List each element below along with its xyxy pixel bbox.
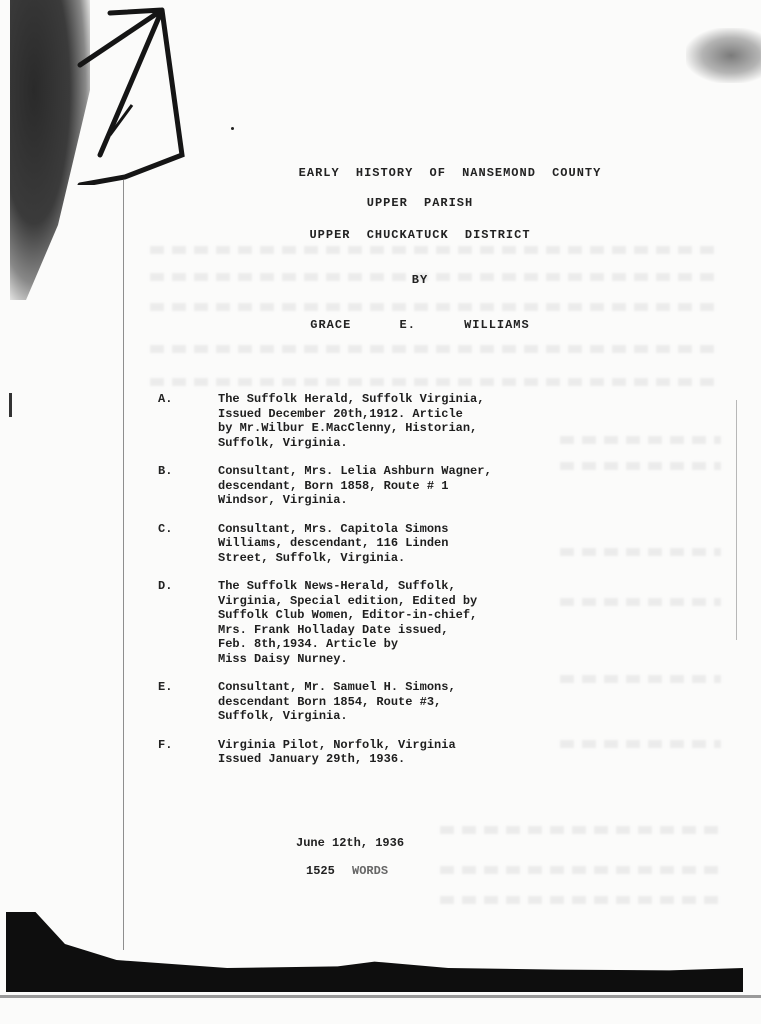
word-count: 1525 WORDS bbox=[306, 864, 388, 878]
bleed-through-line bbox=[440, 896, 721, 904]
bleed-through-line bbox=[560, 675, 721, 683]
bleed-through-line bbox=[150, 303, 721, 311]
title-parish: UPPER PARISH bbox=[150, 196, 690, 210]
bleed-through-line bbox=[560, 462, 721, 470]
page-edge bbox=[0, 995, 761, 998]
bleed-through-line bbox=[440, 866, 721, 874]
bleed-through-line bbox=[150, 246, 721, 254]
reference-text: The Suffolk Herald, Suffolk Virginia, Is… bbox=[218, 392, 578, 450]
title-county: EARLY HISTORY OF NANSEMOND COUNTY bbox=[180, 166, 720, 180]
ink-dot bbox=[231, 127, 234, 130]
margin-mark bbox=[9, 393, 12, 417]
document-date: June 12th, 1936 bbox=[296, 836, 404, 850]
reference-letter: C. bbox=[158, 522, 218, 537]
reference-text: Consultant, Mr. Samuel H. Simons, descen… bbox=[218, 680, 578, 724]
bleed-through-line bbox=[560, 598, 721, 606]
scanned-page: EARLY HISTORY OF NANSEMOND COUNTY UPPER … bbox=[0, 0, 761, 1024]
title-district: UPPER CHUCKATUCK DISTRICT bbox=[150, 228, 690, 242]
word-count-label: WORDS bbox=[352, 864, 388, 878]
bleed-through-line bbox=[560, 548, 721, 556]
scan-shadow-bottom bbox=[6, 912, 743, 992]
reference-item: B. Consultant, Mrs. Lelia Ashburn Wagner… bbox=[158, 464, 578, 508]
reference-letter: B. bbox=[158, 464, 218, 479]
bleed-through-line bbox=[150, 378, 721, 386]
word-count-value: 1525 bbox=[306, 864, 335, 878]
reference-letter: F. bbox=[158, 738, 218, 753]
folded-corner-outline bbox=[70, 5, 190, 185]
reference-letter: D. bbox=[158, 579, 218, 594]
ink-smudge bbox=[686, 28, 761, 83]
bleed-through-line bbox=[560, 740, 721, 748]
reference-text: Virginia Pilot, Norfolk, Virginia Issued… bbox=[218, 738, 578, 767]
reference-item: A. The Suffolk Herald, Suffolk Virginia,… bbox=[158, 392, 578, 450]
margin-rule-right bbox=[736, 400, 737, 640]
reference-item: D. The Suffolk News-Herald, Suffolk, Vir… bbox=[158, 579, 578, 666]
margin-rule bbox=[123, 180, 124, 950]
reference-list: A. The Suffolk Herald, Suffolk Virginia,… bbox=[158, 392, 578, 781]
bleed-through-line bbox=[440, 826, 721, 834]
author-name: GRACE E. WILLIAMS bbox=[150, 318, 690, 332]
reference-letter: E. bbox=[158, 680, 218, 695]
bleed-through-line bbox=[150, 345, 721, 353]
reference-text: The Suffolk News-Herald, Suffolk, Virgin… bbox=[218, 579, 578, 666]
reference-item: E. Consultant, Mr. Samuel H. Simons, des… bbox=[158, 680, 578, 724]
reference-letter: A. bbox=[158, 392, 218, 407]
bleed-through-line bbox=[560, 436, 721, 444]
reference-text: Consultant, Mrs. Capitola Simons William… bbox=[218, 522, 578, 566]
reference-item: C. Consultant, Mrs. Capitola Simons Will… bbox=[158, 522, 578, 566]
reference-item: F. Virginia Pilot, Norfolk, Virginia Iss… bbox=[158, 738, 578, 767]
title-by: BY bbox=[150, 273, 690, 287]
reference-text: Consultant, Mrs. Lelia Ashburn Wagner, d… bbox=[218, 464, 578, 508]
